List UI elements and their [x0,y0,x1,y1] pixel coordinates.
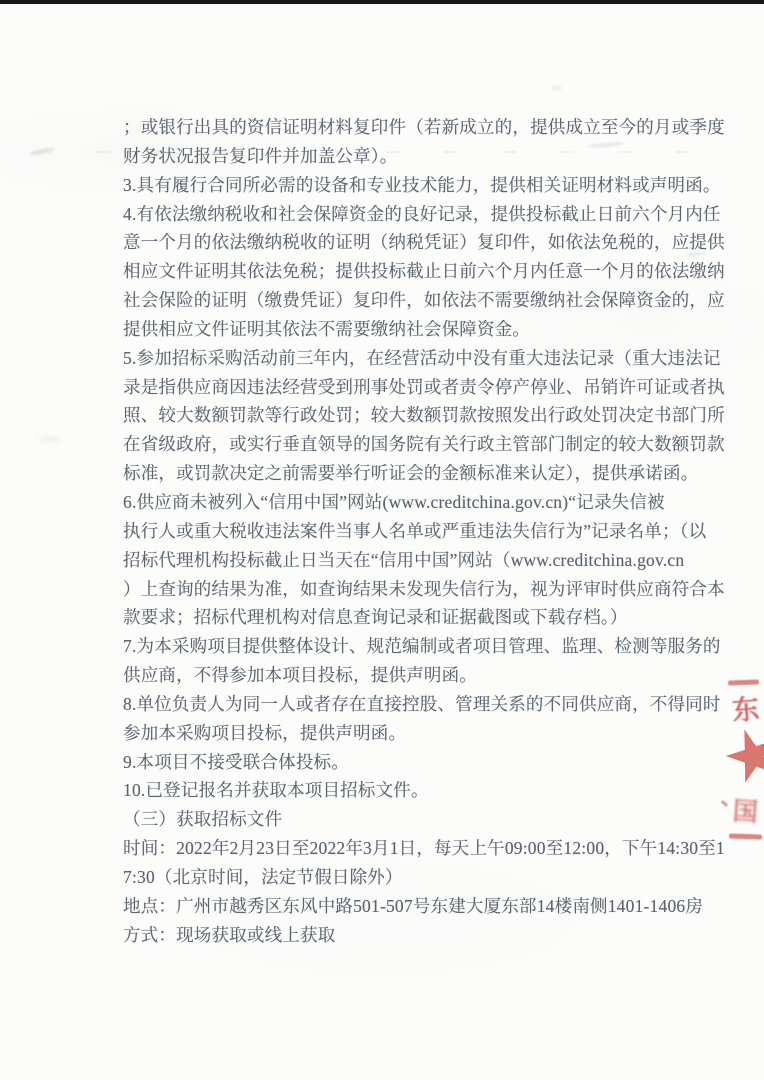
document-line: 供应商，不得参加本项目投标，提供声明函。 [123,661,733,690]
document-line: 款要求；招标代理机构对信息查询记录和证据截图或下载存档。） [123,603,733,632]
seal-char-bottom: 国 [732,791,759,829]
scanned-page: ；或银行出具的资信证明材料复印件（若新成立的，提供成立至今的月或季度财务状况报告… [0,0,764,1080]
document-line: 执行人或重大税收违法案件当事人名单或严重违法失信行为”记录名单；（以 [123,517,733,546]
document-line: 时间：2022年2月23日至2022年3月1日，每天上午09:00至12:00，… [123,834,733,863]
document-line: 招标代理机构投标截止日当天在“信用中国”网站（www.creditchina.g… [123,546,733,575]
document-line: 社会保险的证明（缴费凭证）复印件，如依法不需要缴纳社会保障资金的，应 [123,286,733,315]
document-line: 相应文件证明其依法免税；提供投标截止日前六个月内任意一个月的依法缴纳 [123,257,733,286]
document-line: 7.为本采购项目提供整体设计、规范编制或者项目管理、监理、检测等服务的 [123,632,733,661]
seal-char-top: 东 [730,687,760,728]
document-line: 8.单位负责人为同一人或者存在直接控股、管理关系的不同供应商，不得同时 [123,690,733,719]
document-line: ）上查询的结果为准，如查询结果未发现失信行为，视为评审时供应商符合本 [123,575,733,604]
document-line: 3.具有履行合同所必需的设备和专业技术能力，提供相关证明材料或声明函。 [123,171,733,200]
scan-artifact [38,436,60,442]
document-line: 财务状况报告复印件并加盖公章）。 [123,142,733,171]
document-line: 提供相应文件证明其依法不需要缴纳社会保障资金。 [123,315,733,344]
document-line: 录是指供应商因违法经营受到刑事处罚或者责令停产停业、吊销许可证或者执 [123,373,733,402]
document-body: ；或银行出具的资信证明材料复印件（若新成立的，提供成立至今的月或季度财务状况报告… [123,113,733,949]
document-line: 在省级政府，或实行垂直领导的国务院有关行政主管部门制定的较大数额罚款 [123,430,733,459]
document-line: 9.本项目不接受联合体投标。 [123,748,733,777]
document-line: 照、较大数额罚款等行政处罚；较大数额罚款按照发出行政处罚决定书部门所 [123,401,733,430]
seal-rim-mark-bottom [729,833,762,839]
document-line: 7:30（北京时间，法定节假日除外） [123,863,733,892]
document-line: 方式：现场获取或线上获取 [123,921,733,950]
document-line: （三）获取招标文件 [123,805,733,834]
scan-artifact [552,86,562,90]
scan-artifact [29,147,55,156]
document-line: 参加本采购项目投标，提供声明函。 [123,719,733,748]
document-line: 地点：广州市越秀区东风中路501-507号东建大厦东部14楼南侧1401-140… [123,892,733,921]
document-line: 10.已登记报名并获取本项目招标文件。 [123,776,733,805]
document-line: 4.有依法缴纳税收和社会保障资金的良好记录，提供投标截止日前六个月内任 [123,200,733,229]
document-line: 意一个月的依法缴纳税收的证明（纳税凭证）复印件，如依法免税的，应提供 [123,228,733,257]
document-line: 5.参加招标采购活动前三年内，在经营活动中没有重大违法记录（重大违法记 [123,344,733,373]
document-line: 6.供应商未被列入“信用中国”网站(www.creditchina.gov.cn… [123,488,733,517]
scan-edge-top [0,0,764,4]
document-line: 标准，或罚款决定之前需要举行听证会的金额标准来认定），提供承诺函。 [123,459,733,488]
document-line: ；或银行出具的资信证明材料复印件（若新成立的，提供成立至今的月或季度 [123,113,733,142]
